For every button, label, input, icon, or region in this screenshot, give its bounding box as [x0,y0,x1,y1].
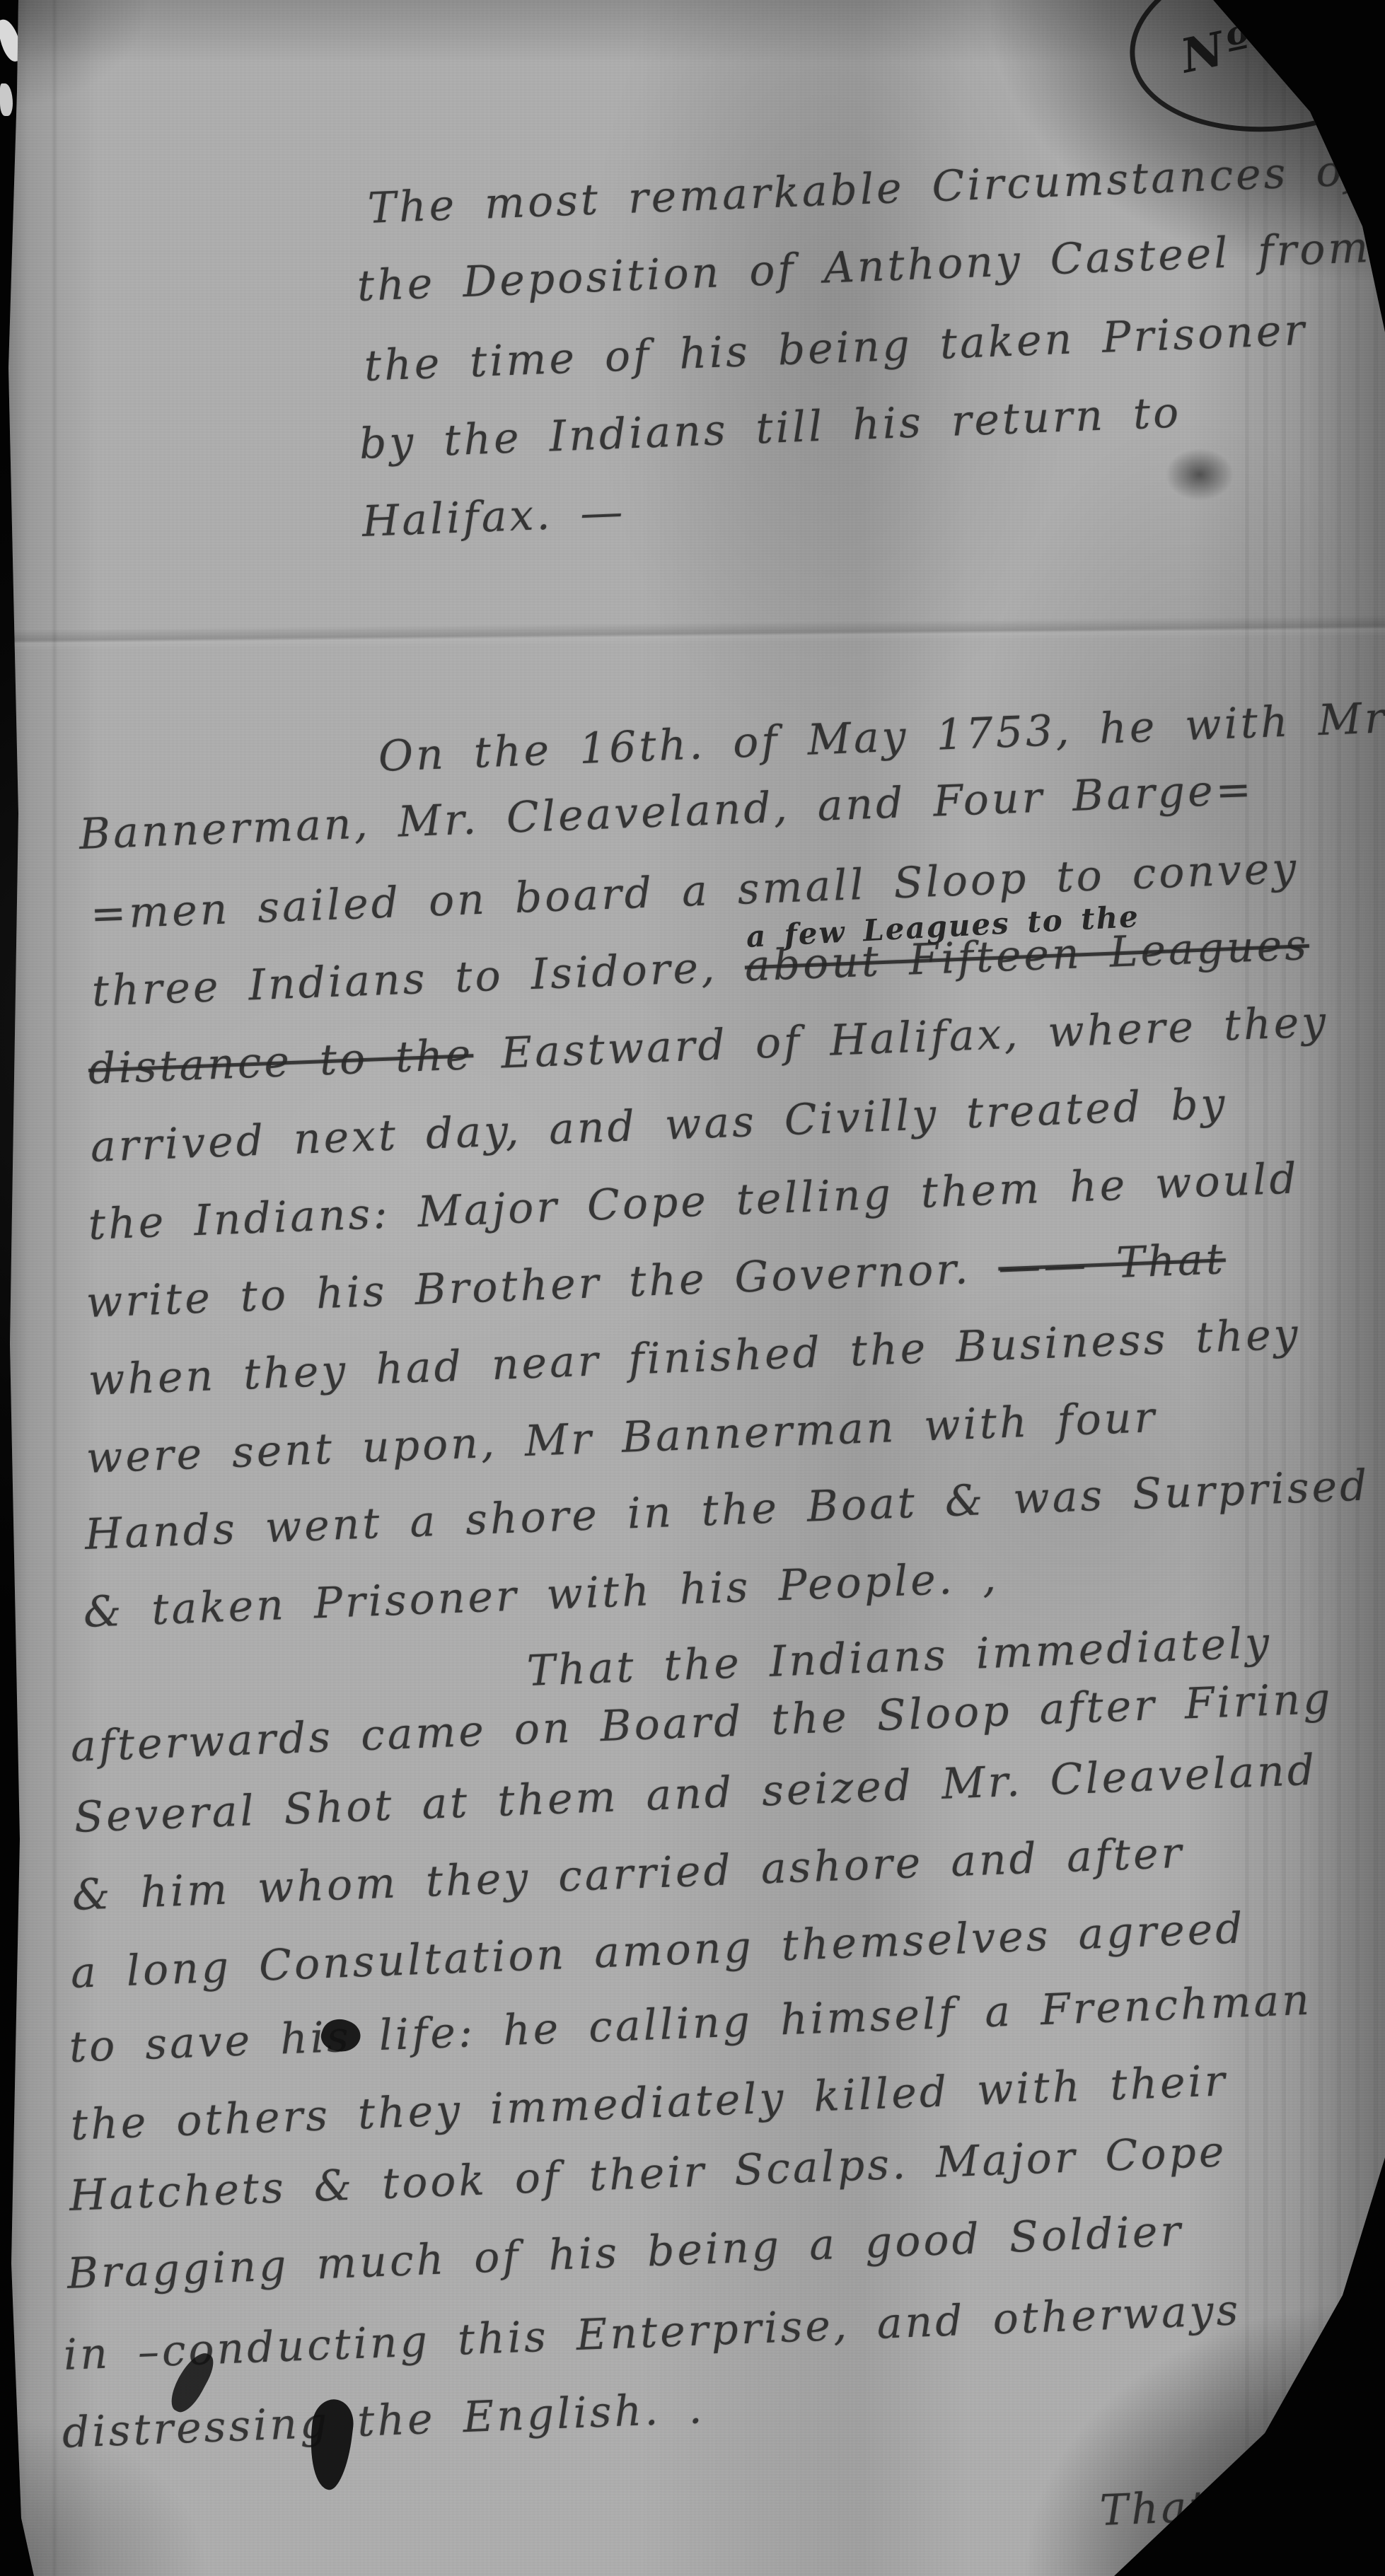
line-text: distressing the English. . [62,2384,706,2458]
line-text: Eastward of Halifax, where they [473,997,1329,1079]
struck-text: —— That [997,1234,1227,1292]
photo-backdrop: Nº. 4. The most remarkable Circumstances… [0,0,1385,2576]
struck-text: distance to the [88,1030,475,1094]
title-line: Halifax. — [361,477,627,557]
folio-number-circle [1118,0,1385,151]
horizontal-fold-crease [0,615,1385,651]
line-text: That. [1099,2481,1227,2536]
manuscript-page: Nº. 4. The most remarkable Circumstances… [0,0,1385,2576]
ink-smudge [1166,448,1234,501]
line-text: three Indians to Isidore, [91,942,746,1016]
torn-paper-fragment [0,83,13,116]
line-text: by the Indians till his return to [359,388,1183,469]
struck-text: about Fifteen Leagues [744,920,1311,992]
manuscript-line: distressing the English. . [61,2373,706,2468]
margin-crease [51,0,58,2576]
catchword: That. [1099,2471,1227,2546]
line-text: Halifax. — [361,487,627,547]
page-curl-striations [1245,0,1385,2576]
